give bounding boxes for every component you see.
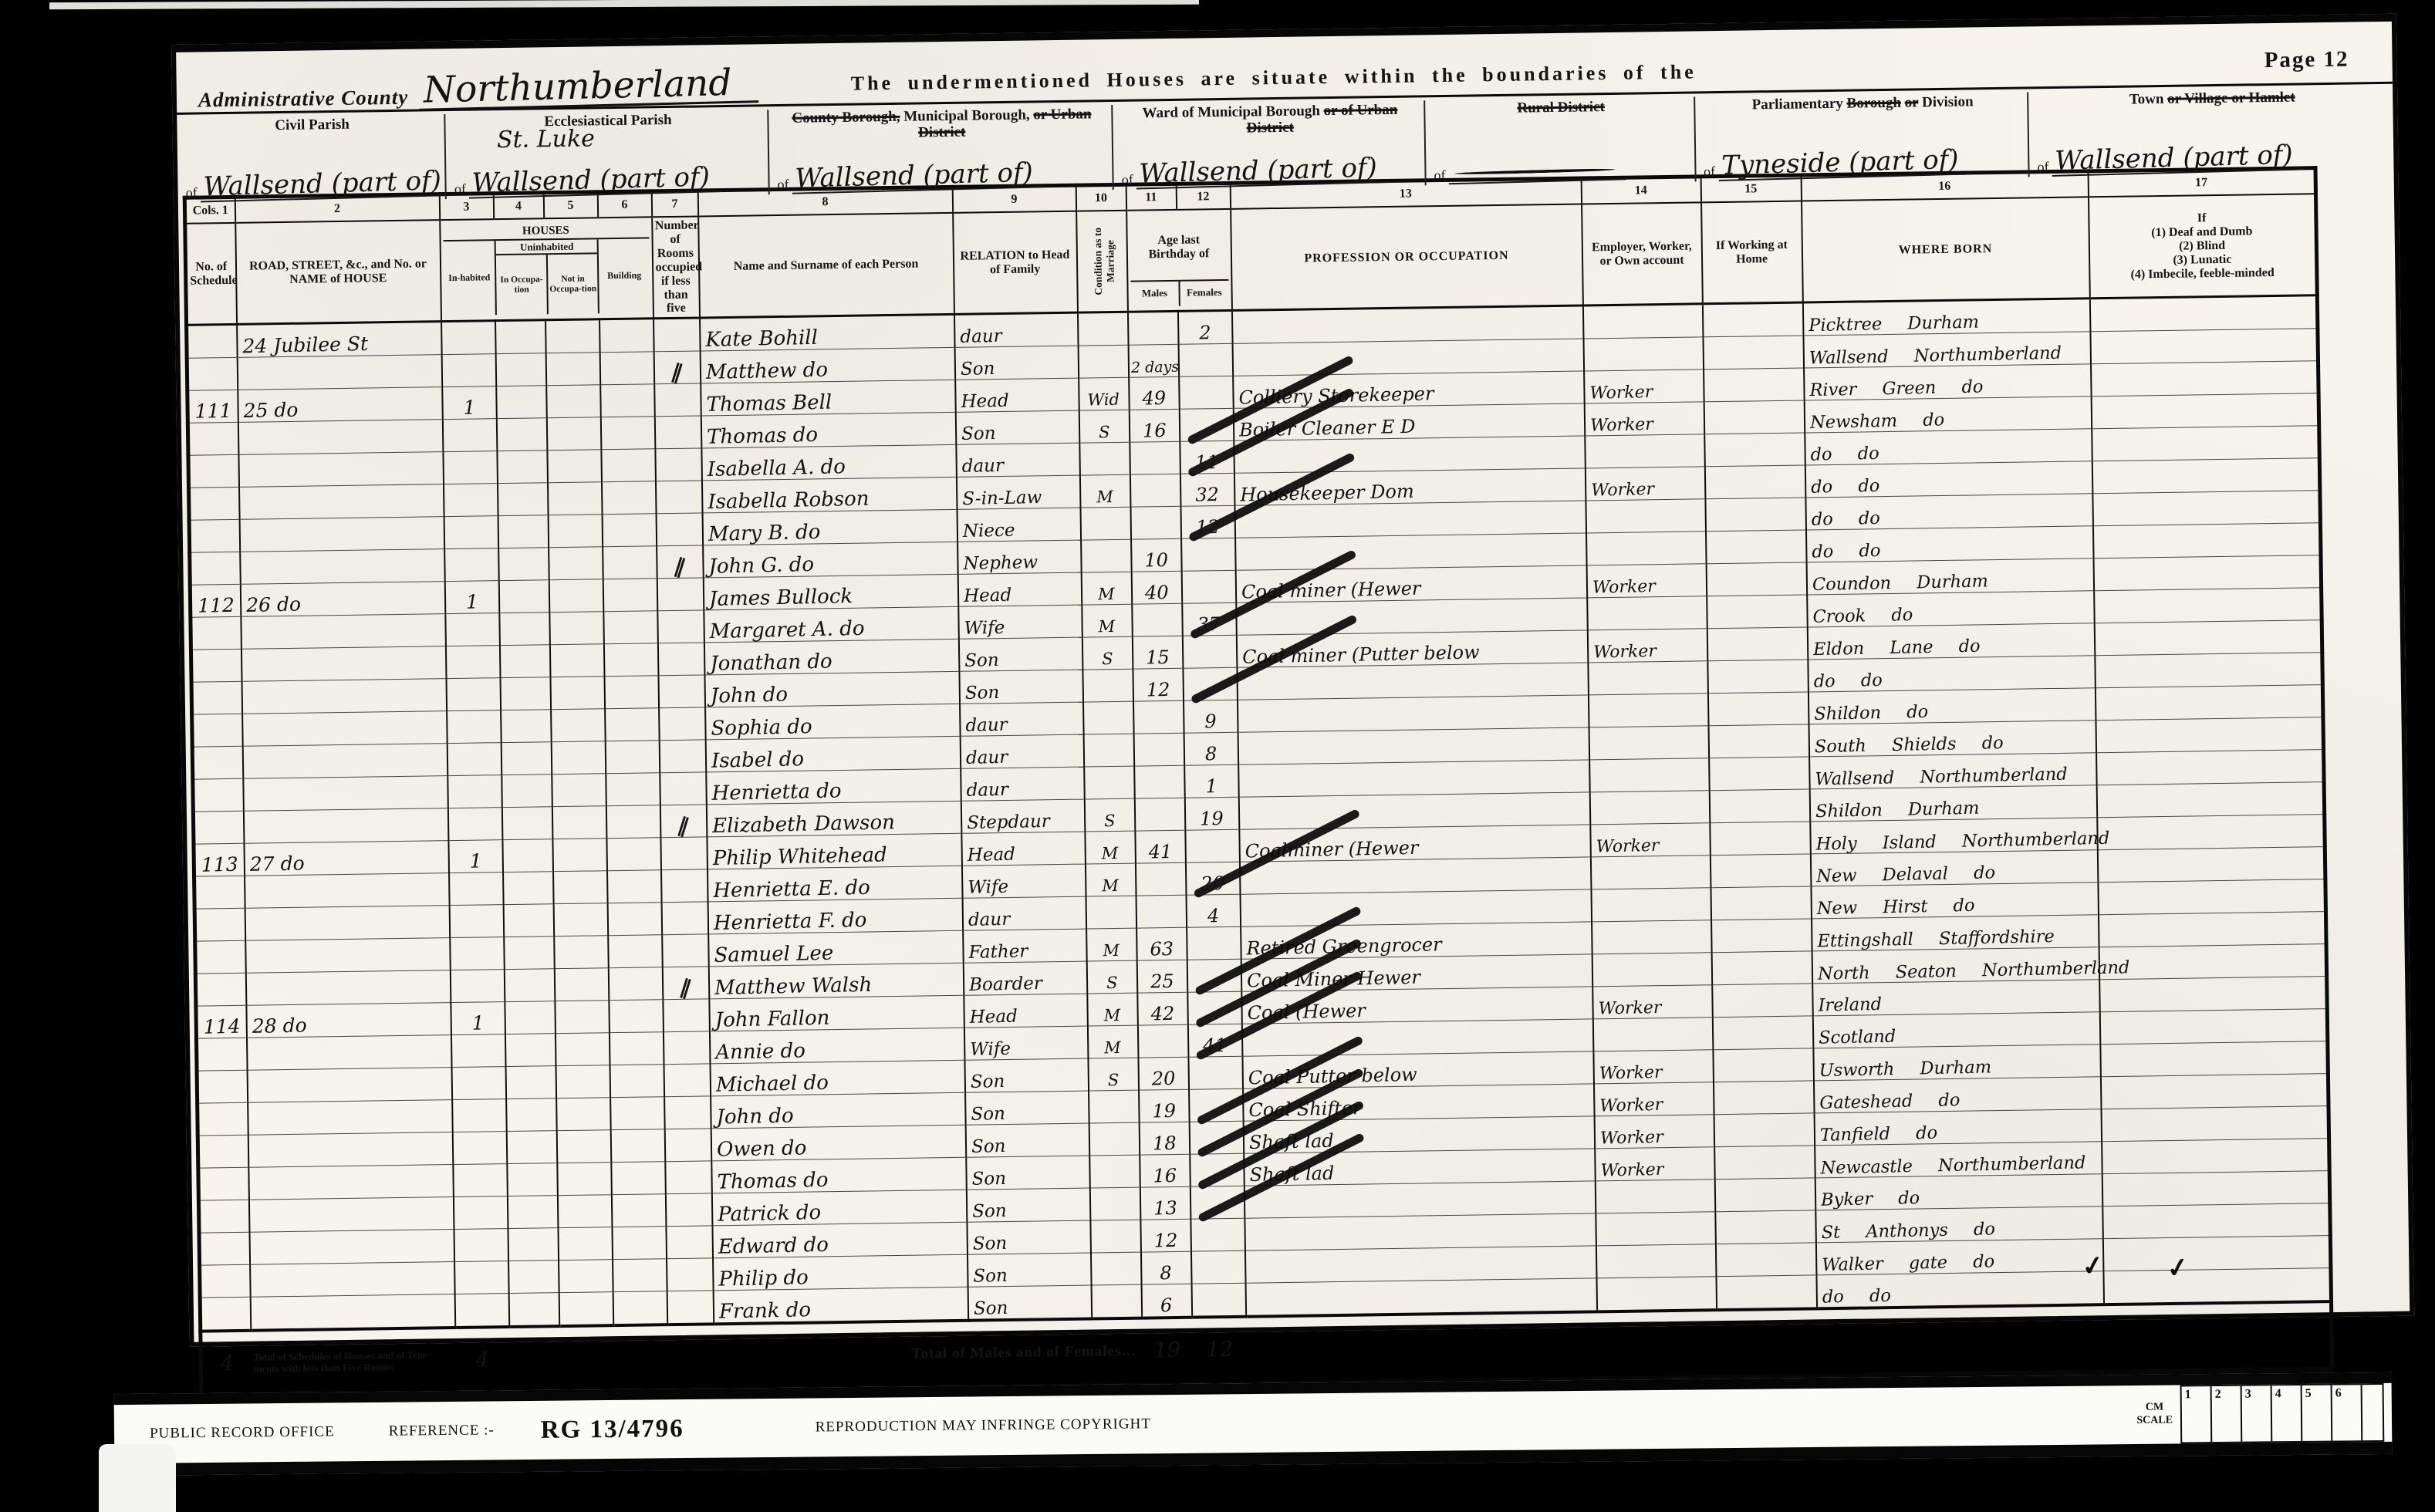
cell-condition: M [1079, 475, 1130, 508]
occupation-text: Housekeeper Dom [1240, 483, 1414, 505]
employer-text: Worker [1589, 385, 1653, 403]
cell-infirm [2099, 1009, 2328, 1045]
cell-infirm [2092, 458, 2320, 494]
cell-schedule [187, 358, 238, 391]
relation-text: Son [973, 1301, 1008, 1318]
name-text: Henrietta E. do [713, 879, 870, 901]
col-header-born: WHERE BORN [1802, 197, 2090, 302]
relation-text: Head [969, 1009, 1018, 1027]
field-label: Parliamentary Borough or Division [1703, 94, 2023, 115]
employer-text: Worker [1591, 482, 1654, 500]
cell-in_occ [506, 1131, 557, 1164]
scale-number: 3 [2242, 1385, 2273, 1441]
cell-relation: Son [954, 346, 1079, 380]
cell-relation: daur [960, 702, 1084, 736]
relation-text: Son [970, 1074, 1005, 1092]
relation-text: Son [960, 361, 995, 379]
cell-building [603, 643, 658, 677]
cell-home [1713, 1048, 1814, 1082]
cell-relation: Head [957, 572, 1082, 606]
cell-road [249, 1230, 454, 1265]
cell-road [245, 938, 451, 974]
cell-relation: Son [965, 1123, 1089, 1157]
cell-relation: Head [964, 994, 1088, 1028]
relation-text: Niece [962, 523, 1015, 541]
cell-road [242, 744, 447, 779]
cell-born: Ireland [1812, 980, 2100, 1016]
cell-occupation [1240, 889, 1592, 926]
col-header-relation: RELATION to Head of Family [953, 211, 1078, 315]
cell-age_m [1137, 1025, 1188, 1058]
admin-county-label: Administrative County [198, 86, 409, 113]
cell-schedule: 111 [187, 390, 238, 424]
condition-text: Wid [1088, 393, 1120, 409]
cell-occupation: Coal Putter below [1242, 1051, 1594, 1088]
cell-age_f: 12 [1180, 506, 1235, 539]
cell-home [1707, 595, 1808, 629]
cell-employer: Worker [1587, 629, 1707, 663]
field-label: Town or Village or Hamlet [2036, 89, 2388, 110]
cell-relation: daur [960, 734, 1084, 768]
cell-infirm [2099, 977, 2328, 1012]
age_m-text: 63 [1150, 940, 1174, 958]
scale-number: 2 [2212, 1386, 2243, 1442]
schedule-text: 111 [194, 402, 231, 421]
cell-name: Isabella A. do [701, 445, 957, 481]
born-text: Crook do [1812, 607, 1913, 626]
born-text: Ireland [1818, 997, 1882, 1014]
relation-text: Nephew [963, 555, 1038, 573]
cell-not_occ [549, 547, 603, 580]
cell-name: John do [704, 672, 960, 708]
cell-schedule [198, 1136, 248, 1169]
cell-relation: Son [955, 410, 1079, 444]
cell-occupation [1232, 339, 1584, 376]
occupation-text: Retired Greengrocer [1246, 937, 1442, 958]
cell-rooms [655, 481, 702, 514]
cell-age_m: 20 [1138, 1058, 1189, 1091]
label-segment: or [1905, 94, 1919, 110]
relation-text: Head [963, 588, 1011, 606]
cell-employer [1596, 1277, 1717, 1312]
cell-in_occ [499, 613, 550, 646]
name-text: Thomas do [717, 1171, 828, 1193]
col-header-occupation: PROFESSION OR OCCUPATION [1231, 204, 1583, 311]
born-text: Shildon Durham [1815, 801, 1979, 821]
cell-age_m: 42 [1137, 993, 1188, 1026]
of-label: of [777, 177, 789, 193]
enumerator-mark: ∥ [676, 818, 691, 836]
cell-schedule [194, 909, 245, 942]
cell-road [243, 808, 448, 844]
cell-schedule [195, 974, 246, 1007]
cell-relation: Father [963, 929, 1087, 963]
cell-schedule [199, 1233, 250, 1266]
cell-not_occ [546, 417, 601, 451]
cell-infirm [2098, 912, 2326, 947]
cell-condition [1090, 1252, 1141, 1285]
cell-condition: S [1084, 799, 1135, 832]
cell-road [248, 1165, 454, 1200]
condition-text: S [1099, 425, 1110, 440]
cell-inhabited [447, 710, 502, 744]
col-header-home: If Working at Home [1701, 201, 1803, 305]
cell-age_m: 25 [1136, 960, 1187, 994]
cell-building [611, 1194, 666, 1227]
cell-name: Philip Whitehead [707, 834, 962, 870]
name-text: Elizabeth Dawson [711, 814, 894, 837]
cell-building [599, 319, 654, 353]
cell-relation: S-in-Law [956, 475, 1080, 509]
header-field: Ward of Municipal Borough or of Urban Di… [1111, 100, 1424, 190]
cell-road [242, 711, 447, 747]
cell-home [1713, 1081, 1814, 1115]
age_f-text: 4 [1207, 907, 1220, 925]
cell-infirm [2100, 1074, 2329, 1109]
relation-text: Son [972, 1236, 1007, 1254]
cell-born: Walker gate do [1815, 1239, 2103, 1275]
cell-name: Henrietta F. do [708, 899, 963, 935]
cell-building [607, 870, 662, 903]
cell-road [246, 1035, 451, 1071]
cell-not_occ [547, 482, 602, 515]
inhabited-text: 1 [465, 593, 478, 612]
cell-inhabited [447, 775, 502, 808]
cell-born: Ettingshall Staffordshire [1812, 915, 2099, 951]
cell-age_f [1187, 960, 1241, 993]
cell-road: 28 do [246, 1003, 451, 1038]
cell-condition [1081, 540, 1132, 573]
cell-building [599, 352, 654, 385]
cell-age_m: 13 [1140, 1187, 1190, 1220]
cell-road [238, 452, 444, 488]
cell-home [1711, 951, 1812, 985]
cell-condition [1083, 734, 1134, 768]
tick-mark: ✓ [2165, 1251, 2191, 1285]
cell-rooms [664, 1096, 711, 1129]
cell-not_occ [551, 709, 606, 742]
cell-in_occ [508, 1261, 559, 1294]
cell-occupation [1238, 792, 1590, 829]
cell-born: Scotland [1812, 1012, 2100, 1048]
cell-rooms [654, 383, 701, 417]
employer-text: Worker [1599, 1130, 1663, 1148]
cell-age_f [1179, 409, 1234, 442]
cell-inhabited [454, 1229, 508, 1262]
age_m-text: 12 [1146, 681, 1170, 699]
cell-building [608, 935, 663, 968]
age_m-text: 8 [1160, 1264, 1172, 1282]
cell-name: Mary B. do [702, 510, 957, 546]
cell-age_f [1179, 376, 1234, 410]
cell-in_occ [501, 742, 552, 775]
cell-infirm [2096, 750, 2325, 785]
field-value: ofWallsend (part of) [1121, 157, 1420, 190]
cell-age_m: 2 days [1128, 345, 1179, 378]
col-header-schedule: No. of Schedule [185, 223, 237, 326]
age_f-text: 12 [1196, 518, 1220, 536]
cell-name: Michael do [710, 1061, 965, 1097]
cell-home [1716, 1275, 1817, 1310]
cell-road [241, 646, 446, 682]
cell-schedule [189, 488, 240, 521]
cell-in_occ [502, 807, 552, 840]
cell-occupation: Boiler Cleaner E D [1233, 403, 1585, 440]
cell-employer [1596, 1212, 1716, 1246]
born-text: Tanfield do [1819, 1126, 1937, 1145]
cell-occupation [1245, 1278, 1597, 1317]
footer-copyright: REPRODUCTION MAY INFRINGE COPYRIGHT [816, 1416, 1151, 1436]
cell-in_occ [503, 872, 554, 905]
relation-text: Boarder [968, 976, 1042, 994]
footer-reference-value: RG 13/4796 [541, 1415, 684, 1445]
cell-rooms: ∥ [660, 805, 707, 838]
cell-born: Shildon Durham [1809, 785, 2097, 822]
cell-home [1704, 465, 1805, 499]
cell-inhabited [454, 1261, 509, 1294]
born-text: Picktree Durham [1809, 315, 1979, 335]
cell-in_occ [507, 1163, 558, 1196]
cell-condition [1077, 312, 1128, 346]
label-segment: Town [2129, 91, 2168, 108]
cell-not_occ [550, 677, 605, 710]
cell-road [245, 970, 451, 1006]
name-text: Mary B. do [708, 523, 820, 545]
cell-not_occ [545, 319, 600, 353]
age_m-text: 13 [1153, 1200, 1177, 1217]
cell-age_f [1190, 1251, 1245, 1284]
cell-condition [1083, 702, 1134, 735]
cell-age_m: 63 [1136, 928, 1187, 961]
cell-age_f [1191, 1284, 1246, 1318]
cell-relation: Head [961, 832, 1086, 866]
cell-name: Thomas Bell [701, 380, 956, 417]
cell-inhabited [441, 321, 496, 355]
cell-building [611, 1162, 666, 1195]
cell-age_f [1181, 538, 1236, 572]
born-text: do do [1811, 511, 1879, 528]
age_m-text: 40 [1145, 584, 1169, 602]
col-header-age: Age last Birthday of Males Females [1126, 209, 1232, 312]
cell-inhabited [453, 1164, 508, 1197]
cell-schedule [192, 714, 243, 748]
cell-age_f: 4 [1186, 895, 1241, 928]
cell-age_m: 19 [1139, 1090, 1190, 1123]
born-text: Byker do [1820, 1190, 1919, 1209]
name-text: Annie do [715, 1042, 805, 1063]
cell-rooms [662, 934, 709, 967]
cell-rooms [663, 1031, 710, 1065]
age_m-text: 15 [1146, 649, 1170, 667]
cell-occupation [1238, 727, 1589, 764]
cell-condition [1080, 508, 1131, 541]
cell-inhabited [449, 872, 504, 906]
header-field: County Borough, Municipal Borough, or Ur… [767, 105, 1113, 194]
cell-employer [1590, 856, 1711, 889]
cell-relation: Son [968, 1253, 1092, 1287]
cell-in_occ [498, 580, 549, 613]
footer-reference-label: REFERENCE :- [389, 1422, 495, 1439]
born-text: do do [1810, 446, 1879, 464]
cell-condition [1089, 1187, 1140, 1220]
cell-infirm [2091, 393, 2319, 429]
cell-born: Shildon do [1808, 688, 2096, 724]
cell-schedule [198, 1168, 249, 1201]
cell-name: Kate Bohill [700, 315, 955, 352]
cell-relation: Wife [964, 1026, 1088, 1060]
cell-not_occ [552, 774, 606, 807]
cell-road [243, 776, 448, 812]
age_m-text: 10 [1144, 552, 1168, 569]
cell-schedule [187, 325, 238, 359]
cell-infirm [2102, 1139, 2330, 1174]
cell-road [239, 517, 444, 552]
cell-condition: M [1086, 928, 1137, 961]
age_m-text: 25 [1150, 973, 1174, 991]
cell-infirm [2100, 1041, 2329, 1077]
cell-occupation [1239, 857, 1591, 894]
cell-building [612, 1227, 667, 1260]
age_f-text: 37 [1197, 616, 1221, 633]
cell-road [245, 906, 450, 941]
name-text: Kate Bohill [705, 329, 818, 350]
cell-name: Owen do [711, 1126, 966, 1162]
cell-condition [1086, 896, 1136, 929]
cell-born: Eldon Lane do [1807, 623, 2095, 660]
cell-not_occ [558, 1227, 613, 1261]
cell-rooms [654, 416, 701, 449]
occupation-text: Coal miner (Hewer [1241, 580, 1420, 602]
col-header-rooms: Number of Rooms occupied if less than fi… [652, 216, 700, 319]
cell-age_m: 16 [1129, 410, 1180, 443]
cell-age_m: 15 [1132, 636, 1183, 670]
cell-age_m [1134, 798, 1185, 832]
cell-infirm [2096, 717, 2324, 753]
cell-relation: Wife [961, 864, 1086, 898]
born-text: Eldon Lane do [1812, 639, 1980, 659]
relation-text: Son [961, 426, 995, 444]
cell-building [601, 449, 656, 482]
cell-infirm [2102, 1236, 2331, 1271]
cell-relation: daur [961, 767, 1085, 801]
age_m-text: 18 [1153, 1135, 1177, 1153]
cell-name: Annie do [709, 1028, 964, 1065]
label-segment: or Village or Hamlet [2167, 89, 2295, 107]
col-header-females: Females [1178, 281, 1228, 306]
cell-name: Samuel Lee [708, 931, 964, 967]
cell-age_f: 1 [1184, 765, 1239, 798]
cell-inhabited [443, 484, 498, 517]
cell-inhabited [449, 905, 504, 938]
condition-text: S [1102, 652, 1113, 667]
relation-text: Head [967, 847, 1015, 865]
enumerator-mark: ∥ [670, 364, 684, 383]
cell-home [1705, 498, 1806, 532]
cell-occupation: Colliery Storekeeper [1233, 371, 1585, 408]
census-table: Cols. 1234567891011121314151617 No. of S… [183, 166, 2335, 1402]
occupation-text: Shaft lad [1249, 1165, 1334, 1184]
relation-text: Stepdaur [966, 814, 1049, 832]
cell-employer: Worker [1586, 564, 1707, 598]
relation-text: daur [965, 750, 1008, 768]
cell-condition [1082, 670, 1133, 703]
cell-schedule [200, 1298, 251, 1331]
cell-infirm [2092, 491, 2321, 526]
label-segment: Ward of Municipal Borough [1142, 103, 1323, 121]
occupation-text: Coal Putter below [1248, 1066, 1417, 1087]
cell-age_m [1132, 604, 1183, 637]
inhabited-text: 1 [471, 1014, 484, 1033]
total-schedules-label: Total of Schedules of Houses and of Tene… [251, 1328, 456, 1398]
cell-born: Wallsend Northumberland [1809, 753, 2097, 789]
cell-name: Frank do [713, 1288, 968, 1325]
label-segment: Rural District [1517, 99, 1605, 116]
cell-building [603, 546, 657, 579]
cell-born: do do [1808, 656, 2096, 692]
field-value: ofWallsend (part of) [454, 167, 764, 199]
cell-inhabited: 1 [444, 581, 499, 614]
cell-born: Byker do [1815, 1174, 2102, 1210]
cell-home [1707, 660, 1809, 694]
cell-rooms [657, 578, 704, 611]
born-text: South Shields do [1814, 735, 2003, 755]
cell-condition [1084, 767, 1135, 800]
employer-text: Worker [1599, 1098, 1663, 1115]
cell-born: Newcastle Northumberland [1815, 1142, 2102, 1178]
cell-employer [1582, 304, 1703, 339]
sheet-header: Administrative County Northumberland The… [176, 22, 2393, 196]
cell-road [238, 420, 443, 455]
total-females-value: 12 [1192, 1317, 1247, 1385]
cell-relation: Boarder [963, 961, 1087, 995]
cell-name: Isabel do [705, 737, 961, 773]
name-text: Henrietta F. do [713, 911, 866, 933]
cell-rooms [664, 1064, 711, 1097]
cell-building [610, 1065, 664, 1098]
cell-relation: Son [966, 1156, 1090, 1190]
cell-rooms [667, 1258, 714, 1291]
cell-relation: daur [962, 896, 1086, 930]
schedule-text: 113 [201, 856, 238, 875]
scale-label: CM SCALE [2136, 1402, 2173, 1428]
cell-not_occ [547, 450, 602, 483]
born-text: Ettingshall Staffordshire [1817, 929, 2055, 950]
cell-relation: Nephew [957, 540, 1082, 574]
cell-age_f [1187, 927, 1241, 960]
cell-in_occ [498, 515, 549, 548]
cell-age_f: 41 [1187, 1024, 1242, 1058]
age_m-text: 16 [1153, 1167, 1177, 1185]
cell-employer: Worker [1584, 402, 1704, 436]
cell-employer: Worker [1595, 1147, 1715, 1181]
cell-occupation: Shaft lad [1244, 1149, 1596, 1186]
cell-not_occ [549, 612, 604, 645]
cell-in_occ [501, 710, 552, 743]
cell-employer [1589, 726, 1709, 760]
cell-building [603, 611, 658, 644]
cell-age_f: 11 [1180, 441, 1234, 474]
cell-born: Crook do [1807, 591, 2095, 627]
cell-in_occ [505, 1066, 556, 1099]
cell-in_occ [500, 677, 551, 710]
cell-relation: daur [954, 312, 1078, 347]
tick-mark: ✓ [2079, 1249, 2106, 1283]
cell-inhabited [447, 808, 502, 841]
name-text: Michael do [715, 1074, 829, 1095]
cell-relation: Son [968, 1285, 1092, 1321]
employer-text: Worker [1599, 1065, 1662, 1083]
cell-age_f [1189, 1089, 1244, 1122]
